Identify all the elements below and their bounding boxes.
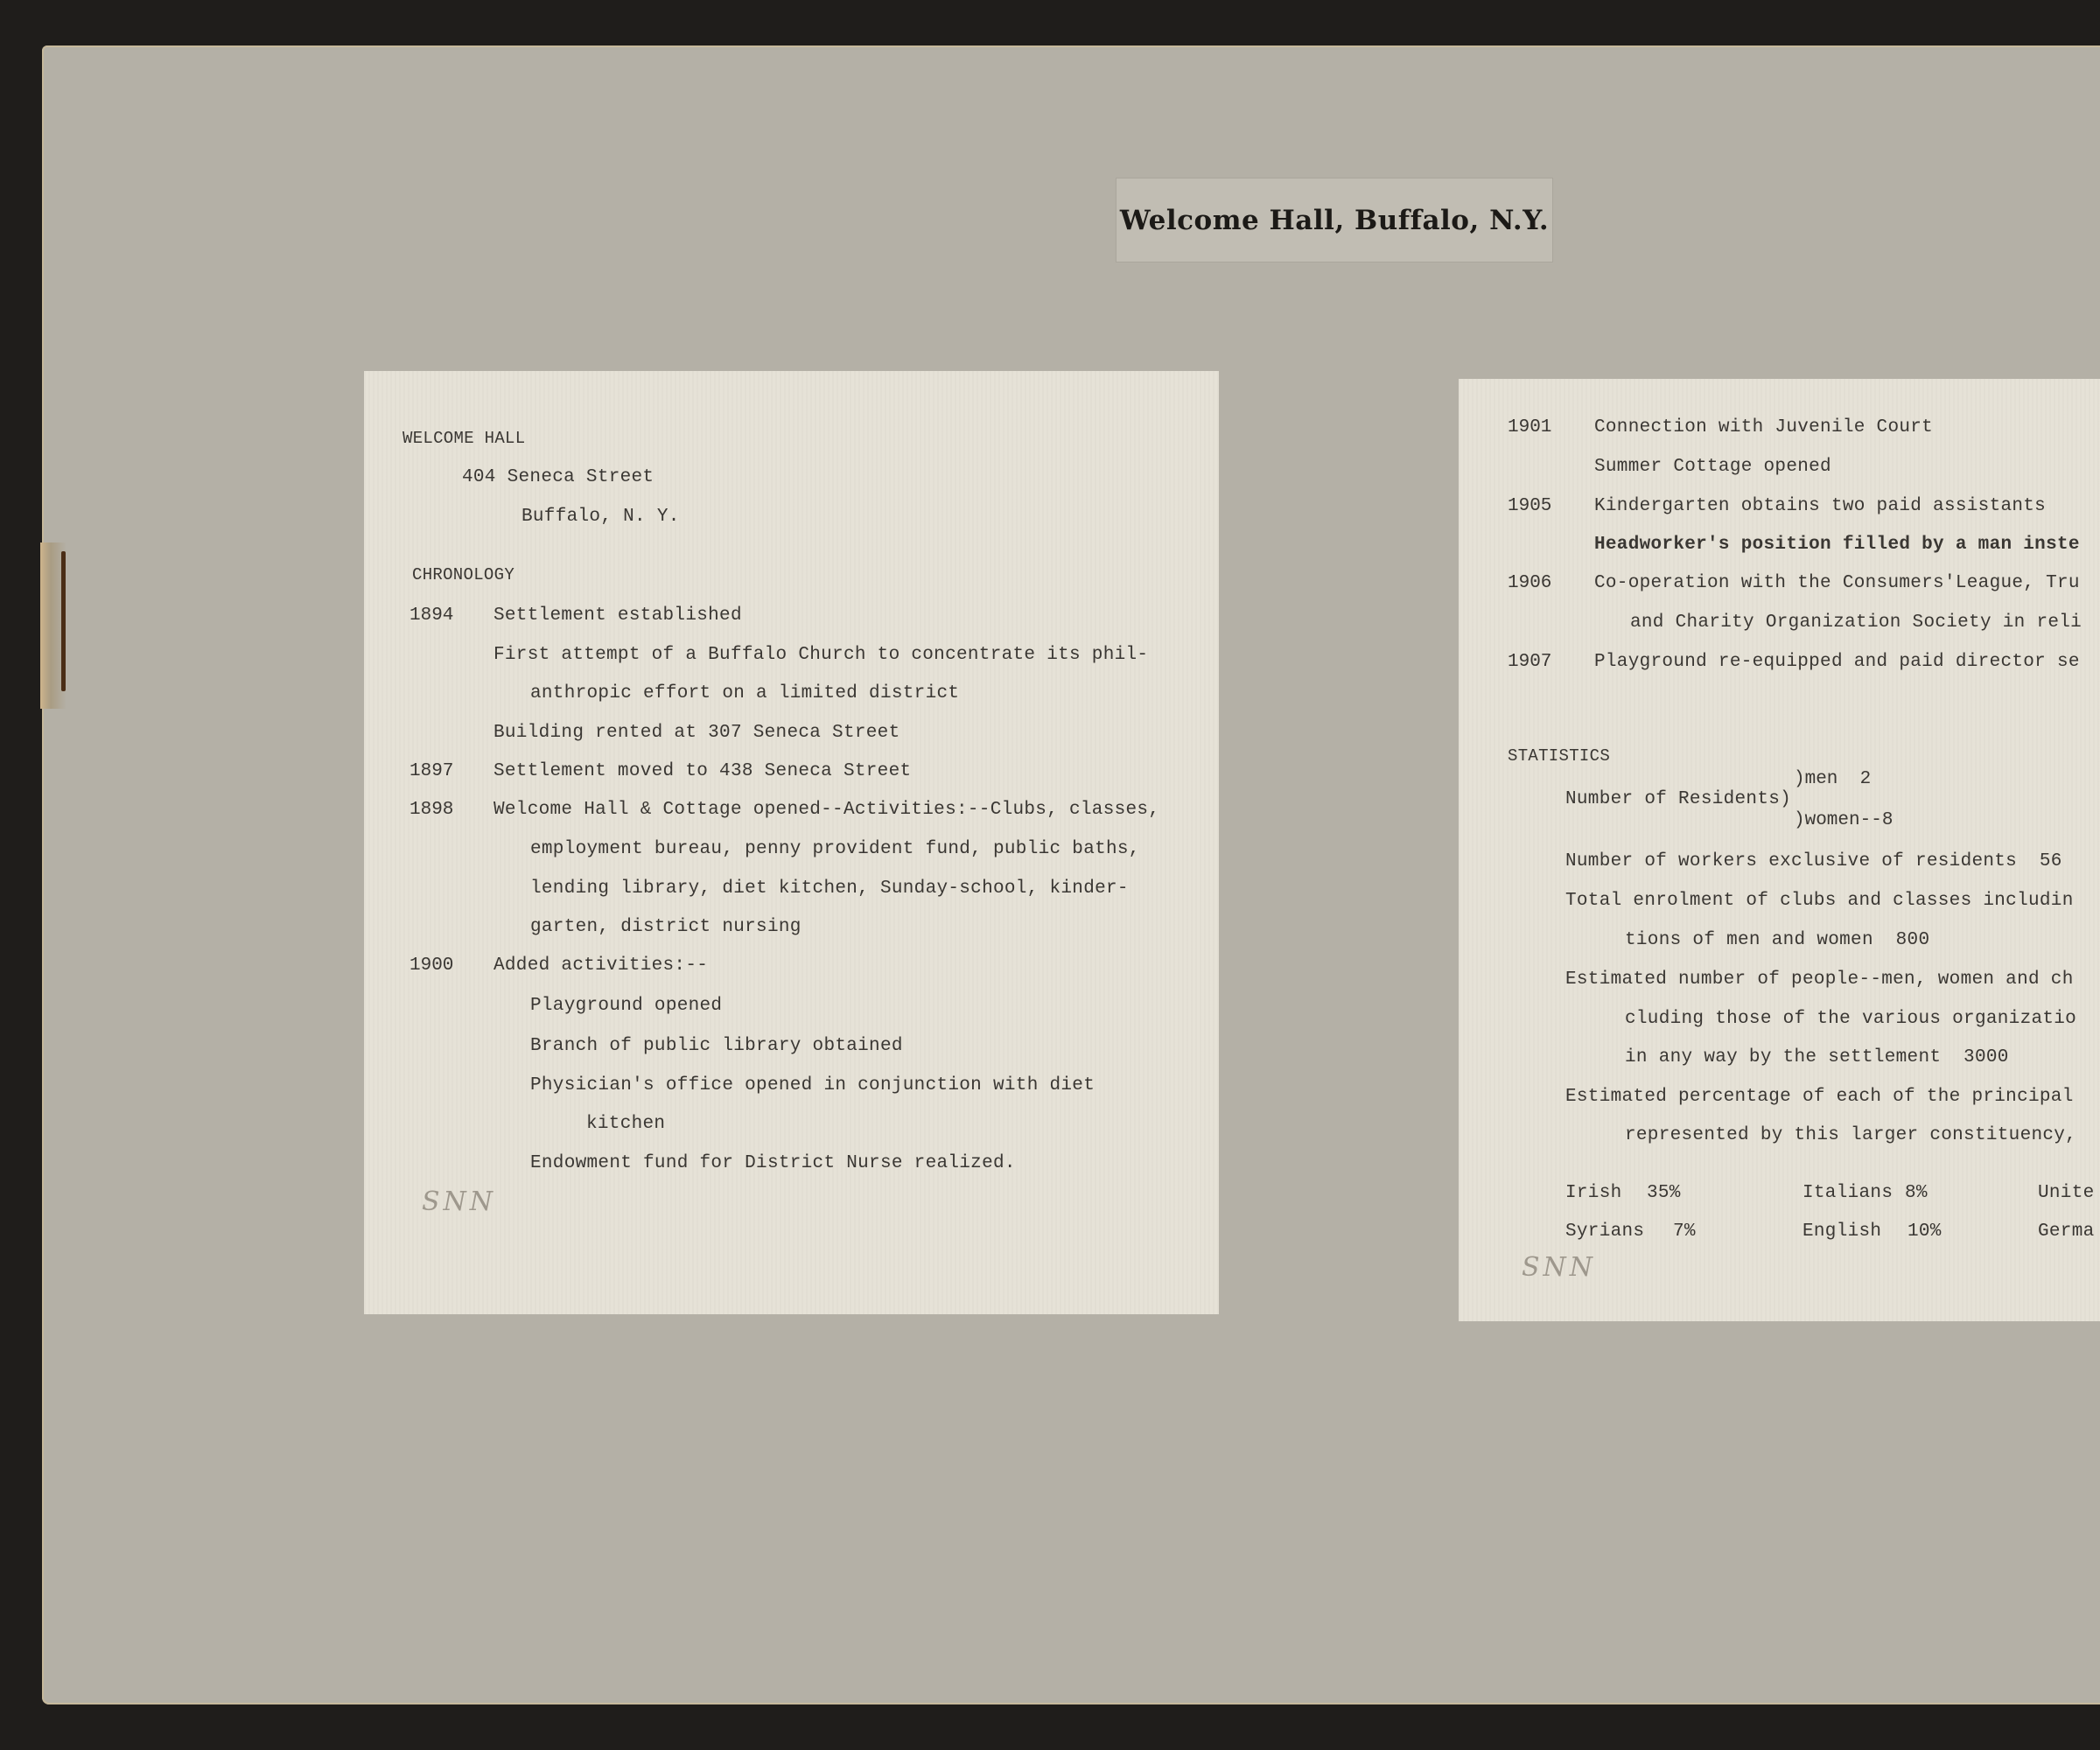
nationality-name: Irish <box>1565 1183 1622 1203</box>
people-stat-cont: cluding those of the various organizatio <box>1625 1009 2076 1029</box>
entry-text: Welcome Hall & Cottage opened--Activitie… <box>493 800 1159 820</box>
entry-text: lending library, diet kitchen, Sunday-sc… <box>530 878 1129 899</box>
residents-men: )men 2 <box>1794 769 1871 789</box>
entry-text: Building rented at 307 Seneca Street <box>493 723 899 743</box>
entry-year: 1898 <box>409 800 453 820</box>
entry-text: First attempt of a Buffalo Church to con… <box>493 645 1148 665</box>
nationality-pct: 35% <box>1647 1183 1681 1203</box>
section-title-chronology: CHRONOLOGY <box>412 565 514 584</box>
entry-year: 1894 <box>409 605 453 626</box>
residents-women: )women--8 <box>1794 810 1893 830</box>
entry-text: Connection with Juvenile Court <box>1594 417 1933 437</box>
people-stat-cont: in any way by the settlement 3000 <box>1625 1047 2009 1067</box>
org-city: Buffalo, N. Y. <box>521 507 680 527</box>
entry-year: 1901 <box>1508 417 1551 437</box>
people-stat: Estimated number of people--men, women a… <box>1565 969 2074 990</box>
entry-text: kitchen <box>586 1114 665 1134</box>
entry-text: Kindergarten obtains two paid assistants <box>1594 496 2046 516</box>
entry-year: 1897 <box>409 761 453 781</box>
title-label: Welcome Hall, Buffalo, N.Y. <box>1116 178 1553 262</box>
entry-text: Added activities:-- <box>493 955 708 976</box>
entry-year: 1906 <box>1508 573 1551 593</box>
nationality-pct: 8% <box>1905 1183 1928 1203</box>
board-torn-edge <box>40 542 66 709</box>
enrolment-stat: Total enrolment of clubs and classes inc… <box>1565 891 2074 911</box>
nationality-name: English <box>1802 1221 1881 1242</box>
org-street: 404 Seneca Street <box>462 467 654 487</box>
entry-year: 1900 <box>409 955 453 976</box>
percentage-stat: Estimated percentage of each of the prin… <box>1565 1087 2074 1107</box>
entry-text: Branch of public library obtained <box>530 1036 903 1056</box>
handwritten-initials: SNN <box>1522 1252 1596 1283</box>
entry-text: Playground re-equipped and paid director… <box>1594 652 2080 672</box>
entry-year: 1905 <box>1508 496 1551 516</box>
page-title: Welcome Hall, Buffalo, N.Y. <box>1120 205 1549 236</box>
org-name: WELCOME HALL <box>402 429 525 448</box>
nationality-name: Italians <box>1802 1183 1893 1203</box>
entry-text: Co-operation with the Consumers'League, … <box>1594 573 2080 593</box>
nationality-name: Syrians <box>1565 1221 1644 1242</box>
entry-text: employment bureau, penny provident fund,… <box>530 839 1140 859</box>
entry-text: Physician's office opened in conjunction… <box>530 1075 1095 1095</box>
workers-stat: Number of workers exclusive of residents… <box>1565 851 2062 871</box>
entry-text: Playground opened <box>530 996 722 1016</box>
entry-text: anthropic effort on a limited district <box>530 683 959 703</box>
statistics-sheet: 1901 Connection with Juvenile Court Summ… <box>1459 379 2100 1321</box>
residents-label: Number of Residents) <box>1565 789 1791 809</box>
entry-year: 1907 <box>1508 652 1551 672</box>
entry-text: garten, district nursing <box>530 917 801 937</box>
entry-text: and Charity Organization Society in reli <box>1630 612 2082 633</box>
handwritten-initials: SNN <box>422 1186 496 1217</box>
enrolment-stat-cont: tions of men and women 800 <box>1625 930 1929 950</box>
entry-text: Endowment fund for District Nurse realiz… <box>530 1153 1016 1173</box>
section-title-statistics: STATISTICS <box>1508 746 1610 766</box>
nationality-pct: 7% <box>1673 1221 1696 1242</box>
entry-text: Settlement moved to 438 Seneca Street <box>493 761 911 781</box>
entry-text: Settlement established <box>493 605 742 626</box>
entry-text: Summer Cottage opened <box>1594 457 1831 477</box>
percentage-stat-cont: represented by this larger constituency, <box>1625 1125 2076 1145</box>
nationality-name: Unite <box>2038 1183 2095 1203</box>
chronology-sheet: WELCOME HALL 404 Seneca Street Buffalo, … <box>364 371 1219 1314</box>
entry-text: Headworker's position filled by a man in… <box>1594 535 2080 555</box>
nationality-name: Germa <box>2038 1221 2095 1242</box>
nationality-pct: 10% <box>1907 1221 1942 1242</box>
